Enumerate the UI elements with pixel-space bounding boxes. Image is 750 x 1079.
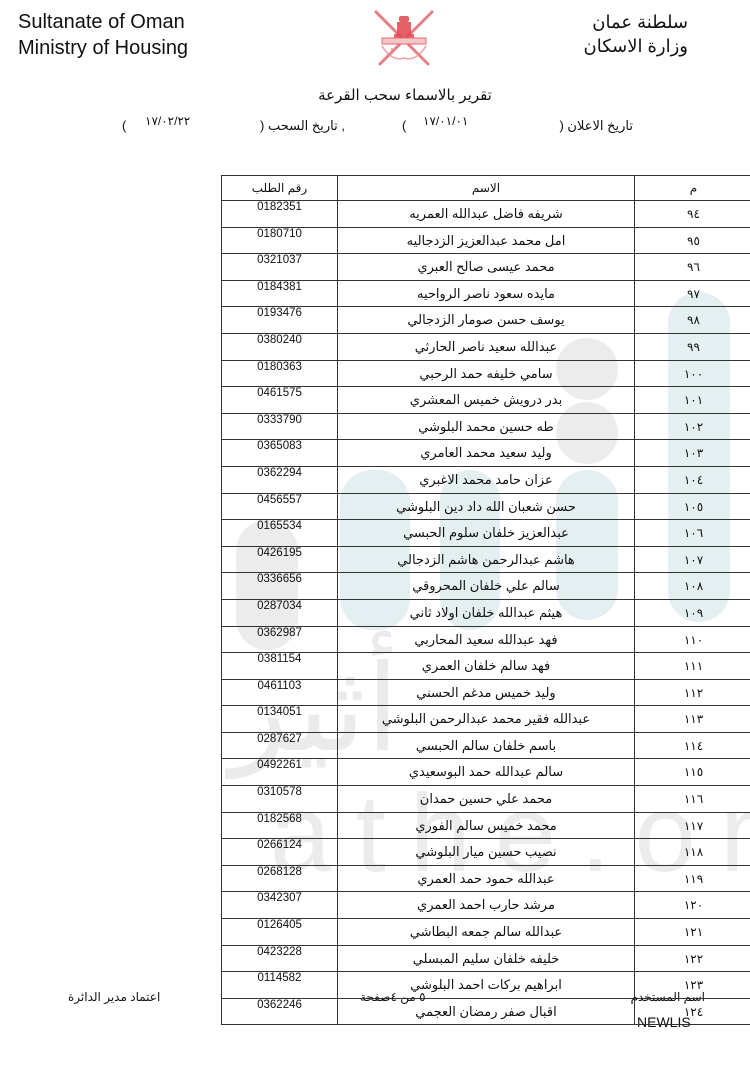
application-no-cell: 0321037 [222,254,338,281]
name-cell: هيثم عبدالله خلفان اولاد ثاني [338,599,635,626]
index-cell: ٩٥ [635,227,750,254]
name-cell: مايده سعود ناصر الرواحيه [338,280,635,307]
application-no-cell: 0266124 [222,839,338,866]
table-row: 0182351شريفه فاضل عبدالله العمريه٩٤ [222,201,750,228]
name-cell: نصيب حسين ميار البلوشي [338,839,635,866]
oman-emblem-icon [368,8,440,70]
application-no-cell: 0336656 [222,573,338,600]
index-cell: ١٢٣ [635,972,750,999]
application-no-cell: 0180363 [222,360,338,387]
index-cell: ٩٦ [635,254,750,281]
column-header-name: الاسم [338,176,635,201]
column-header-index: م [635,176,750,201]
table-row: 0362987فهد عبدالله سعيد المحاربي١١٠ [222,626,750,653]
index-cell: ٩٩ [635,333,750,360]
table-row: 0287034هيثم عبدالله خلفان اولاد ثاني١٠٩ [222,599,750,626]
index-cell: ٩٤ [635,201,750,228]
table-row: 0193476يوسف حسن صومار الزدجالي٩٨ [222,307,750,334]
name-cell: بدر درويش خميس المعشري [338,387,635,414]
table-row: 0134051عبدالله فقير محمد عبدالرحمن البلو… [222,706,750,733]
name-cell: ابراهيم بركات احمد البلوشي [338,972,635,999]
table-row: 0180363سامي خليفه حمد الرحبي١٠٠ [222,360,750,387]
index-cell: ١٠٢ [635,413,750,440]
application-no-cell: 0362294 [222,466,338,493]
application-no-cell: 0268128 [222,865,338,892]
table-row: 0180710امل محمد عبدالعزيز الزدجاليه٩٥ [222,227,750,254]
header-arabic-line1: سلطنة عمان [592,10,688,34]
application-no-cell: 0165534 [222,520,338,547]
application-no-cell: 0381154 [222,653,338,680]
application-no-cell: 0333790 [222,413,338,440]
draw-close: ) [122,118,126,133]
index-cell: ١٢٢ [635,945,750,972]
name-cell: طه حسين محمد البلوشي [338,413,635,440]
draw-date-label: , تاريخ السحب ( [260,118,345,134]
index-cell: ١١٥ [635,759,750,786]
header-english-line1: Sultanate of Oman [18,10,185,34]
name-cell: عبدالله حمود حمد العمري [338,865,635,892]
table-row: 0492261سالم عبدالله حمد البوسعيدي١١٥ [222,759,750,786]
table-row: 0336656سالم علي خلفان المحروقي١٠٨ [222,573,750,600]
name-cell: فهد عبدالله سعيد المحاربي [338,626,635,653]
application-no-cell: 0365083 [222,440,338,467]
index-cell: ١١٨ [635,839,750,866]
application-no-cell: 0426195 [222,546,338,573]
index-cell: ١٢٠ [635,892,750,919]
table-row: 0268128عبدالله حمود حمد العمري١١٩ [222,865,750,892]
table-row: 0380240عبدالله سعيد ناصر الحارثي٩٩ [222,333,750,360]
name-cell: عبدالله سالم جمعه البطاشي [338,919,635,946]
index-cell: ١١٠ [635,626,750,653]
application-no-cell: 0461575 [222,387,338,414]
index-cell: ١٠١ [635,387,750,414]
application-no-cell: 0193476 [222,307,338,334]
application-no-cell: 0342307 [222,892,338,919]
index-cell: ١١٤ [635,732,750,759]
table-header-row: رقم الطلب الاسم م [222,176,750,201]
name-cell: خليفه خلفان سليم المبسلي [338,945,635,972]
index-cell: ١٠٧ [635,546,750,573]
name-cell: عبدالله فقير محمد عبدالرحمن البلوشي [338,706,635,733]
application-no-cell: 0423228 [222,945,338,972]
name-cell: محمد خميس سالم الفوري [338,812,635,839]
application-no-cell: 0492261 [222,759,338,786]
index-cell: ١٢١ [635,919,750,946]
table-row: 0287627باسم خلفان سالم الحبسي١١٤ [222,732,750,759]
index-cell: ١٠٠ [635,360,750,387]
name-cell: وليد خميس مدغم الحسني [338,679,635,706]
name-cell: حسن شعبان الله داد دين البلوشي [338,493,635,520]
table-row: 0362246اقبال صفر رمضان العجمي١٢٤ [222,998,750,1025]
application-no-cell: 0182351 [222,201,338,228]
header-english-line2: Ministry of Housing [18,36,188,60]
name-cell: اقبال صفر رمضان العجمي [338,998,635,1025]
index-cell: ١١٧ [635,812,750,839]
index-cell: ١١٢ [635,679,750,706]
table-row: 0456557حسن شعبان الله داد دين البلوشي١٠٥ [222,493,750,520]
application-no-cell: 0310578 [222,786,338,813]
name-cell: سامي خليفه حمد الرحبي [338,360,635,387]
name-cell: سالم علي خلفان المحروقي [338,573,635,600]
application-no-cell: 0461103 [222,679,338,706]
column-header-application-no: رقم الطلب [222,176,338,201]
application-no-cell: 0184381 [222,280,338,307]
index-cell: ١١٣ [635,706,750,733]
footer-approval-label: اعتماد مدير الدائرة [68,990,160,1004]
index-cell: ١٠٦ [635,520,750,547]
name-cell: شريفه فاضل عبدالله العمريه [338,201,635,228]
index-cell: ١١١ [635,653,750,680]
application-no-cell: 0287034 [222,599,338,626]
index-cell: ١٠٣ [635,440,750,467]
name-cell: مرشد حارب احمد العمري [338,892,635,919]
index-cell: ١٠٤ [635,466,750,493]
table-row: 0266124نصيب حسين ميار البلوشي١١٨ [222,839,750,866]
index-cell: ١٠٨ [635,573,750,600]
index-cell: ١٠٥ [635,493,750,520]
announcement-date: ١٧/٠١/٠١ [423,114,468,128]
draw-results-table: رقم الطلب الاسم م 0182351شريفه فاضل عبدا… [221,175,750,1025]
draw-date: ١٧/٠٢/٢٢ [145,114,190,128]
application-no-cell: 0134051 [222,706,338,733]
announcement-date-label: تاريخ الاعلان ( [559,118,633,134]
name-cell: عبدالله سعيد ناصر الحارثي [338,333,635,360]
table-row: 0165534عبدالعزيز خلفان سلوم الحبسي١٠٦ [222,520,750,547]
application-no-cell: 0456557 [222,493,338,520]
name-cell: عبدالعزيز خلفان سلوم الحبسي [338,520,635,547]
name-cell: محمد علي حسين حمدان [338,786,635,813]
header-arabic-line2: وزارة الاسكان [583,34,688,58]
report-title: تقرير بالاسماء سحب القرعة [0,86,750,104]
index-cell: ٩٨ [635,307,750,334]
application-no-cell: 0180710 [222,227,338,254]
index-cell: ١٢٤ [635,998,750,1025]
index-cell: ١١٦ [635,786,750,813]
table-row: 0381154فهد سالم خلفان العمري١١١ [222,653,750,680]
name-cell: باسم خلفان سالم الحبسي [338,732,635,759]
name-cell: امل محمد عبدالعزيز الزدجاليه [338,227,635,254]
application-no-cell: 0114582 [222,972,338,999]
table-row: 0362294عزان حامد محمد الاغبري١٠٤ [222,466,750,493]
table-row: 0310578محمد علي حسين حمدان١١٦ [222,786,750,813]
name-cell: محمد عيسى صالح العبري [338,254,635,281]
name-cell: وليد سعيد محمد العامري [338,440,635,467]
index-cell: ١٠٩ [635,599,750,626]
table-row: 0114582ابراهيم بركات احمد البلوشي١٢٣ [222,972,750,999]
table-row: 0342307مرشد حارب احمد العمري١٢٠ [222,892,750,919]
table-row: 0126405عبدالله سالم جمعه البطاشي١٢١ [222,919,750,946]
name-cell: سالم عبدالله حمد البوسعيدي [338,759,635,786]
name-cell: عزان حامد محمد الاغبري [338,466,635,493]
name-cell: يوسف حسن صومار الزدجالي [338,307,635,334]
table-row: 0365083وليد سعيد محمد العامري١٠٣ [222,440,750,467]
application-no-cell: 0380240 [222,333,338,360]
application-no-cell: 0182568 [222,812,338,839]
table-row: 0333790طه حسين محمد البلوشي١٠٢ [222,413,750,440]
name-cell: هاشم عبدالرحمن هاشم الزدجالي [338,546,635,573]
application-no-cell: 0362246 [222,998,338,1025]
table-row: 0461575بدر درويش خميس المعشري١٠١ [222,387,750,414]
table-row: 0426195هاشم عبدالرحمن هاشم الزدجالي١٠٧ [222,546,750,573]
table-row: 0321037محمد عيسى صالح العبري٩٦ [222,254,750,281]
table-row: 0461103وليد خميس مدغم الحسني١١٢ [222,679,750,706]
table-row: 0423228خليفه خلفان سليم المبسلي١٢٢ [222,945,750,972]
table-row: 0182568محمد خميس سالم الفوري١١٧ [222,812,750,839]
announcement-close: ) [402,118,406,133]
index-cell: ١١٩ [635,865,750,892]
table-row: 0184381مايده سعود ناصر الرواحيه٩٧ [222,280,750,307]
application-no-cell: 0126405 [222,919,338,946]
index-cell: ٩٧ [635,280,750,307]
name-cell: فهد سالم خلفان العمري [338,653,635,680]
application-no-cell: 0362987 [222,626,338,653]
application-no-cell: 0287627 [222,732,338,759]
